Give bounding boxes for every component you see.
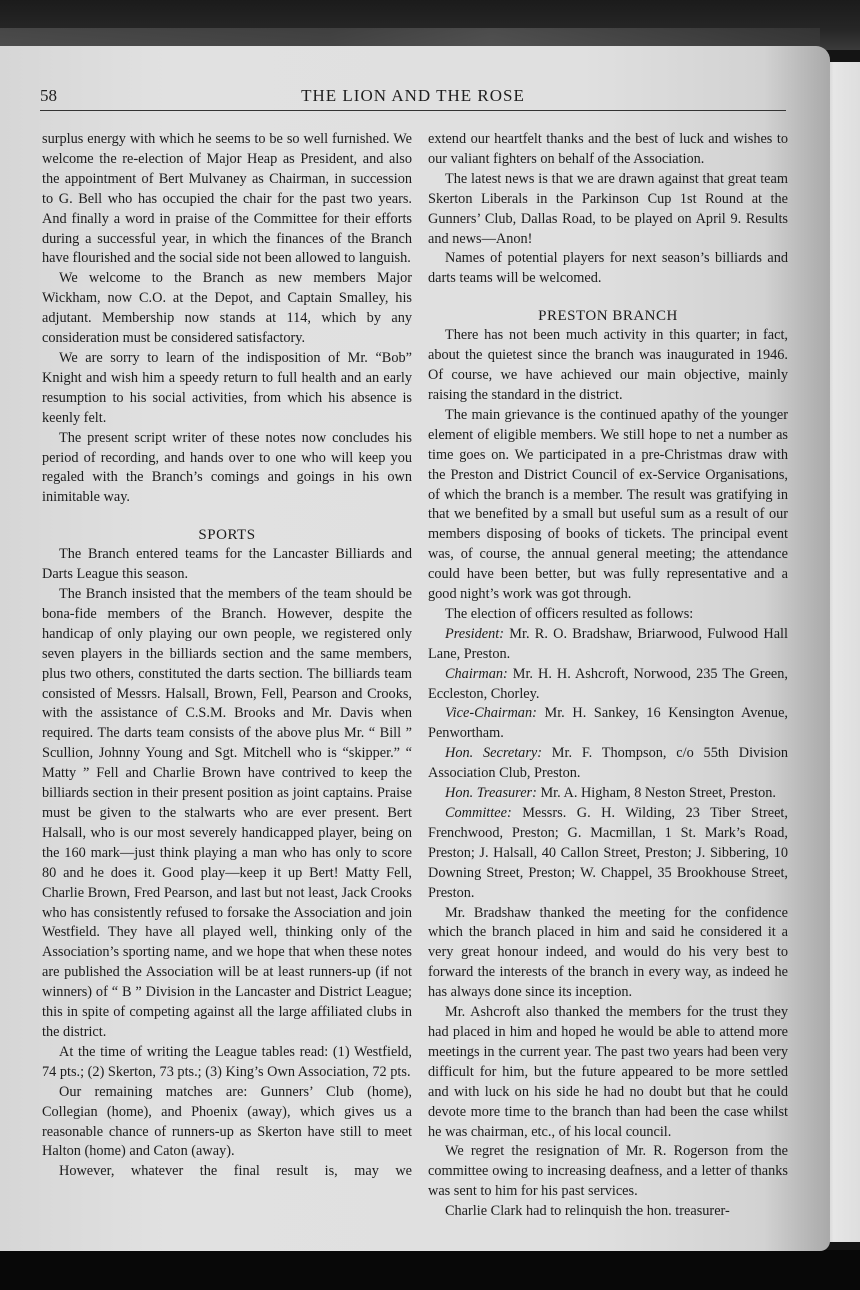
- paragraph: The latest news is that we are drawn aga…: [428, 170, 788, 250]
- officer-role: Hon. Treasurer:: [445, 785, 537, 801]
- officer-detail: Mr. A. Higham, 8 Neston Street, Preston.: [540, 785, 776, 801]
- paragraph: Names of potential players for next seas…: [428, 249, 788, 289]
- background-bottom: [0, 1250, 860, 1290]
- officer-role: Vice-Chairman:: [445, 705, 537, 721]
- paragraph: The present script writer of these notes…: [42, 429, 412, 509]
- left-column: surplus energy with which he seems to be…: [42, 130, 412, 1182]
- book-spine-edge: [0, 28, 820, 46]
- officer-entry: Hon. Treasurer: Mr. A. Higham, 8 Neston …: [428, 784, 788, 804]
- paragraph: The Branch entered teams for the Lancast…: [42, 545, 412, 585]
- running-title: THE LION AND THE ROSE: [40, 86, 786, 106]
- officer-entry: Hon. Secretary: Mr. F. Thompson, c/o 55t…: [428, 744, 788, 784]
- paragraph: Our remaining matches are: Gunners’ Club…: [42, 1083, 412, 1163]
- paragraph: At the time of writing the League tables…: [42, 1043, 412, 1083]
- paragraph: We regret the resignation of Mr. R. Roge…: [428, 1142, 788, 1202]
- paragraph: Mr. Bradshaw thanked the meeting for the…: [428, 904, 788, 1004]
- paragraph: The election of officers resulted as fol…: [428, 605, 788, 625]
- paragraph: There has not been much activity in this…: [428, 326, 788, 406]
- officer-role: Committee:: [445, 805, 512, 821]
- officer-entry: Committee: Messrs. G. H. Wilding, 23 Tib…: [428, 804, 788, 904]
- right-column: extend our heartfelt thanks and the best…: [428, 130, 788, 1222]
- section-heading-sports: SPORTS: [42, 525, 412, 545]
- paragraph: The Branch insisted that the members of …: [42, 585, 412, 1043]
- officer-entry: President: Mr. R. O. Bradshaw, Briarwood…: [428, 625, 788, 665]
- officer-role: Chairman:: [445, 666, 508, 682]
- paragraph: We welcome to the Branch as new members …: [42, 269, 412, 349]
- officer-entry: Chairman: Mr. H. H. Ashcroft, Norwood, 2…: [428, 665, 788, 705]
- paragraph: We are sorry to learn of the indispositi…: [42, 349, 412, 429]
- paragraph: surplus energy with which he seems to be…: [42, 130, 412, 269]
- paragraph: Charlie Clark had to relinquish the hon.…: [428, 1202, 788, 1222]
- section-heading-preston-branch: PRESTON BRANCH: [428, 306, 788, 326]
- paragraph: However, whatever the final result is, m…: [42, 1162, 412, 1182]
- paragraph: Mr. Ashcroft also thanked the members fo…: [428, 1003, 788, 1142]
- officer-role: President:: [445, 626, 504, 642]
- paragraph: extend our heartfelt thanks and the best…: [428, 130, 788, 170]
- paragraph: The main grievance is the continued apat…: [428, 406, 788, 605]
- page-header: 58 THE LION AND THE ROSE: [40, 84, 786, 111]
- officer-role: Hon. Secretary:: [445, 745, 542, 761]
- officer-entry: Vice-Chairman: Mr. H. Sankey, 16 Kensing…: [428, 704, 788, 744]
